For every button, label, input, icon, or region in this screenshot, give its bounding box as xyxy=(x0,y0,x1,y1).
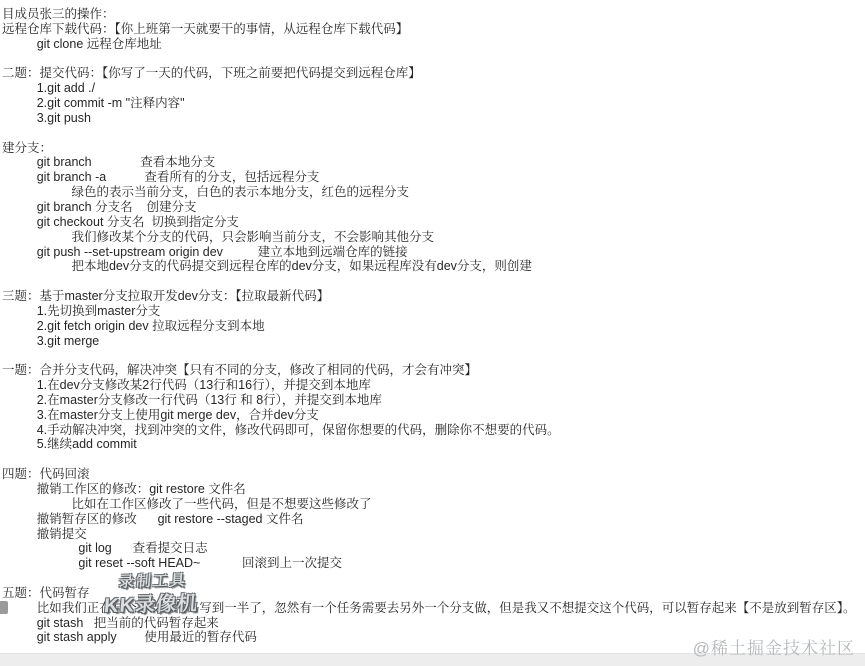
text-line xyxy=(2,274,862,289)
text-line: git push --set-upstream origin dev 建立本地到… xyxy=(2,245,862,260)
text-line: 撤销提交 xyxy=(2,527,862,542)
text-line: git branch 查看本地分支 xyxy=(2,155,862,170)
text-line: git branch 分支名 创建分支 xyxy=(2,200,862,215)
text-line: 1.git add ./ xyxy=(2,81,862,96)
text-line: 五题：代码暂存 xyxy=(2,586,862,601)
text-line: 目成员张三的操作： xyxy=(2,7,862,22)
edge-ui-fragment xyxy=(0,601,8,614)
text-line: 比如我们正在某个分支上代码写到一半了，忽然有一个任务需要去另外一个分支做，但是我… xyxy=(2,601,862,616)
text-line: 2.git commit -m "注释内容" xyxy=(2,96,862,111)
text-line xyxy=(2,52,862,67)
text-line: 撤销工作区的修改：git restore 文件名 xyxy=(2,482,862,497)
text-line: 三题：基于master分支拉取开发dev分支：【拉取最新代码】 xyxy=(2,289,862,304)
text-line: 3.git push xyxy=(2,111,862,126)
text-line: 1.先切换到master分支 xyxy=(2,304,862,319)
juejin-watermark: @稀土掘金技术社区 xyxy=(693,634,855,659)
text-line: git clone 远程仓库地址 xyxy=(2,37,862,52)
text-line: 把本地dev分支的代码提交到远程仓库的dev分支，如果远程库没有dev分支，则创… xyxy=(2,259,862,274)
text-line: 一题：合并分支代码，解决冲突【只有不同的分支，修改了相同的代码，才会有冲突】 xyxy=(2,363,862,378)
text-line: git reset --soft HEAD~ 回滚到上一次提交 xyxy=(2,556,862,571)
text-line: 四题：代码回滚 xyxy=(2,467,862,482)
text-line xyxy=(2,571,862,586)
text-line: 远程仓库下载代码：【你上班第一天就要干的事情，从远程仓库下载代码】 xyxy=(2,22,862,37)
text-line: 撤销暂存区的修改 git restore --staged 文件名 xyxy=(2,512,862,527)
text-line: 1.在dev分支修改某2行代码（13行和16行），并提交到本地库 xyxy=(2,378,862,393)
text-line xyxy=(2,126,862,141)
text-line: 4.手动解决冲突，找到冲突的文件，修改代码即可，保留你想要的代码，删除你不想要的… xyxy=(2,423,862,438)
text-line: 二题：提交代码：【你写了一天的代码，下班之前要把代码提交到远程仓库】 xyxy=(2,66,862,81)
text-line: 我们修改某个分支的代码，只会影响当前分支，不会影响其他分支 xyxy=(2,230,862,245)
screen: 目成员张三的操作：远程仓库下载代码：【你上班第一天就要干的事情，从远程仓库下载代… xyxy=(0,0,865,666)
text-line: 2.在master分支修改一行代码（13行 和 8行），并提交到本地库 xyxy=(2,393,862,408)
text-line xyxy=(2,452,862,467)
text-line: 绿色的表示当前分支，白色的表示本地分支，红色的远程分支 xyxy=(2,185,862,200)
text-line: git stash 把当前的代码暂存起来 xyxy=(2,616,862,631)
text-line xyxy=(2,348,862,363)
text-line: 3.在master分支上使用git merge dev，合并dev分支 xyxy=(2,408,862,423)
text-line: 5.继续add commit xyxy=(2,437,862,452)
text-line: 建分支： xyxy=(2,141,862,156)
text-line: 比如在工作区修改了一些代码，但是不想要这些修改了 xyxy=(2,497,862,512)
text-line: 2.git fetch origin dev 拉取远程分支到本地 xyxy=(2,319,862,334)
text-line: 3.git merge xyxy=(2,334,862,349)
text-line: git branch -a 查看所有的分支，包括远程分支 xyxy=(2,170,862,185)
text-line: git log 查看提交日志 xyxy=(2,541,862,556)
document-lines[interactable]: 目成员张三的操作：远程仓库下载代码：【你上班第一天就要干的事情，从远程仓库下载代… xyxy=(2,7,862,645)
text-line: git checkout 分支名 切换到指定分支 xyxy=(2,215,862,230)
